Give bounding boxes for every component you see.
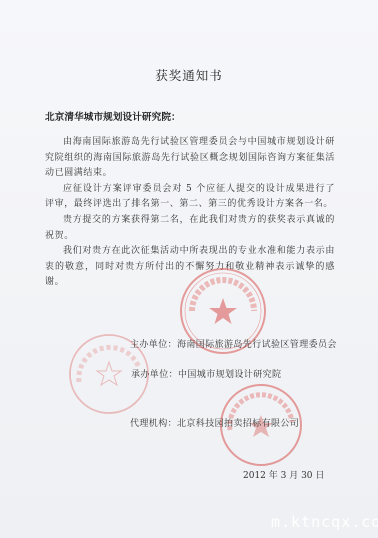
- paragraph-3: 贵方提交的方案获得第二名，在此我们对贵方的获奖表示真诚的祝贺。: [45, 213, 335, 244]
- addressee: 北京清华城市规划设计研究院：: [45, 109, 181, 123]
- watermark: m.ktncqx.com: [271, 513, 378, 531]
- paragraph-1: 由海南国际旅游岛先行试验区管理委员会与中国城市规划设计研究院组织的海南国际旅游岛…: [45, 135, 335, 182]
- host-signature: 主办单位：海南国际旅游岛先行试验区管理委员会: [130, 337, 337, 350]
- agent-signature: 代理机构：北京科技园拍卖招标有限公司: [130, 416, 299, 429]
- document-page: 获奖通知书 北京清华城市规划设计研究院： 由海南国际旅游岛先行试验区管理委员会与…: [0, 0, 378, 538]
- paragraph-2: 应征设计方案评审委员会对 5 个应征人提交的设计成果进行了评审，最终评选出了排名…: [45, 182, 335, 213]
- organizer-signature: 承办单位：中国城市规划设计研究院: [131, 367, 281, 380]
- document-date: 2012 年 3 月 30 日: [243, 468, 324, 481]
- document-title: 获奖通知书: [0, 66, 378, 84]
